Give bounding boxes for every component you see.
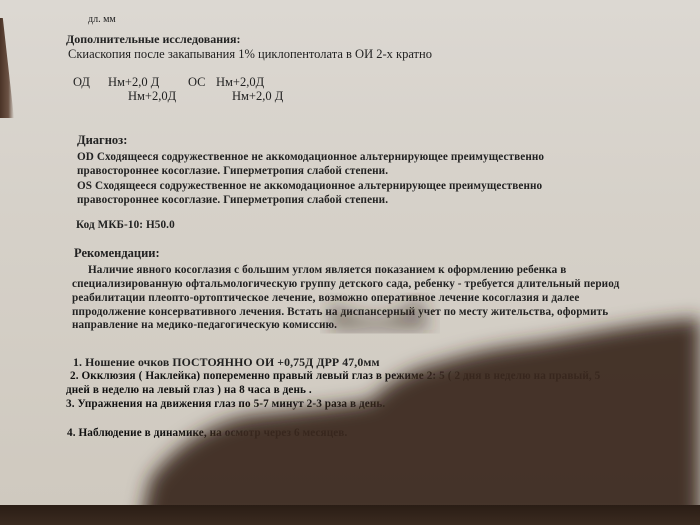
diagnosis-os-line-2: правостороннее косоглазие. Гиперметропия… (77, 194, 388, 206)
skiascopy-line: Скиаскопия после закапывания 1% циклопен… (68, 47, 432, 62)
os-value-2: Нм+2,0 Д (232, 89, 283, 104)
os-label: ОС (188, 75, 206, 90)
od-value-2: Нм+2,0Д (128, 89, 176, 104)
diagnosis-os-line-1: OS Сходящееся содружественное не аккомод… (77, 180, 542, 192)
recommendation-paragraph-line: специализированную офтальмологическую гр… (72, 278, 619, 290)
od-value-1: Нм+2,0 Д (108, 75, 159, 90)
top-fragment: дл. мм (88, 14, 116, 25)
recommendation-paragraph-line: направление на медико-педагогическую ком… (72, 319, 337, 331)
icd-code: Код МКБ-10: H50.0 (76, 219, 175, 231)
table-surface (0, 505, 700, 525)
additional-tests-heading: Дополнительные исследования: (66, 32, 241, 47)
diagnosis-heading: Диагноз: (77, 133, 127, 148)
recommendation-item-3: 3. Упражнения на движения глаз по 5-7 ми… (66, 398, 385, 410)
diagnosis-od-line-2: правостороннее косоглазие. Гиперметропия… (77, 165, 388, 177)
recommendation-item-4: 4. Наблюдение в динамике, на осмотр чере… (67, 427, 347, 439)
diagnosis-od-line-1: OD Сходящееся содружественное не аккомод… (77, 151, 544, 163)
recommendation-paragraph-line: реабилитации плеопто-ортоптическое лечен… (72, 292, 579, 304)
recommendation-paragraph-line: Наличие явного косоглазия с большим угло… (88, 264, 566, 276)
recommendation-item-2-cont: дней в неделю на левый глаз ) на 8 часа … (66, 384, 312, 396)
os-value-1: Нм+2,0Д (216, 75, 264, 90)
od-label: ОД (73, 75, 90, 90)
recommendation-item-1: 1. Ношение очков ПОСТОЯННО ОИ +0,75Д ДРР… (73, 355, 380, 370)
recommendation-item-2: 2. Окклюзия ( Наклейка) попеременно прав… (70, 370, 600, 382)
recommendations-heading: Рекомендации: (74, 246, 160, 261)
recommendation-paragraph-line: ппродолжение консервативного лечения. Вс… (72, 306, 608, 318)
